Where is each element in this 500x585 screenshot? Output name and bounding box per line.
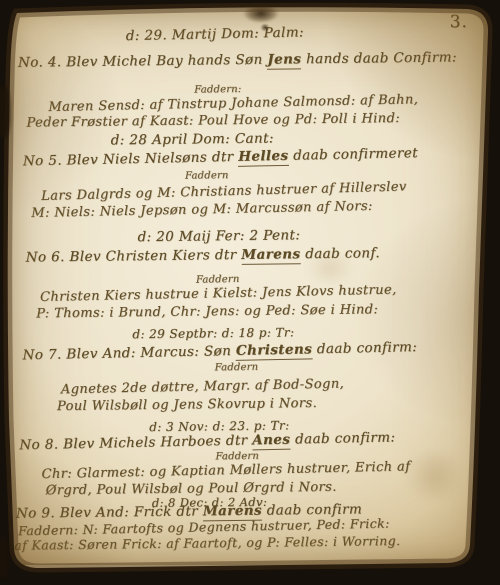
record-no5-entry: No 5. Blev Niels Nielsøns dtr Helles daa… xyxy=(23,145,418,169)
record-no8-witnesses-1: Chr: Glarmest: og Kaptian Møllers hustru… xyxy=(41,459,410,482)
record-no5-faddern-label: Faddern xyxy=(185,170,229,182)
child-name-underlined: Helles xyxy=(238,148,289,167)
record-no7-witnesses-1: Agnetes 2de døttre, Margr. af Bod-Sogn, xyxy=(61,376,345,397)
entry-text: daab conf. xyxy=(300,245,380,262)
manuscript-photo: 3. d: 29. Martij Dom: Palm: No. 4. Blev … xyxy=(0,0,500,585)
child-name-underlined: Jens xyxy=(267,51,301,69)
child-name-underlined: Marens xyxy=(241,246,300,265)
record-no8-entry: No 8. Blev Michels Harboes dtr Anes daab… xyxy=(19,429,395,453)
entry-text: No 6. Blev Christen Kiers dtr xyxy=(26,247,242,266)
page-number: 3. xyxy=(450,12,468,32)
record-no6-date: d: 20 Maij Fer: 2 Pent: xyxy=(137,227,300,245)
record-no6-witnesses-1: Christen Kiers hustrue i Kielst: Jens Kl… xyxy=(40,283,397,305)
record-no6-faddern-label: Faddern xyxy=(196,274,240,286)
entry-text: hands daab Confirm: xyxy=(301,49,457,67)
record-no4-date: d: 29. Martij Dom: Palm: xyxy=(126,24,304,44)
child-name-underlined: Christens xyxy=(236,341,313,361)
entry-text: daab confirmeret xyxy=(288,145,418,164)
record-no5-date: d: 28 April Dom: Cant: xyxy=(111,131,274,149)
record-no6-witnesses-2: P: Thoms: i Brund, Chr: Jens: og Ped: Sø… xyxy=(36,302,378,321)
record-no6-entry: No 6. Blev Christen Kiers dtr Marens daa… xyxy=(26,245,381,265)
record-no8-faddern-label: Faddern xyxy=(215,451,259,463)
entry-text: No 9. Blev And: Frick dtr xyxy=(16,503,203,521)
entry-text: daab confirm: xyxy=(312,339,417,357)
record-no4-faddern-label: Faddern: xyxy=(194,84,241,96)
entry-text: No. 4. Blev Michel Bay hands Søn xyxy=(18,52,268,71)
entry-text: No 8. Blev Michels Harboes dtr xyxy=(19,432,252,453)
record-no7-witnesses-2: Poul Wilsbøll og Jens Skovrup i Nors. xyxy=(57,396,317,414)
record-no7-date: d: 29 Septbr: d: 18 p: Tr: xyxy=(132,325,294,341)
handwriting-layer: 3. d: 29. Martij Dom: Palm: No. 4. Blev … xyxy=(0,0,500,585)
child-name-underlined: Anes xyxy=(252,432,290,451)
record-no7-entry: No 7. Blev And: Marcus: Søn Christens da… xyxy=(22,339,417,363)
record-no4-witnesses-2: Peder Frøstier af Kaast: Poul Hove og Pd… xyxy=(26,111,400,131)
entry-text: daab confirm: xyxy=(290,429,395,447)
record-no7-faddern-label: Faddern xyxy=(215,362,259,374)
entry-text: No 7. Blev And: Marcus: Søn xyxy=(22,343,236,363)
record-no4-entry: No. 4. Blev Michel Bay hands Søn Jens ha… xyxy=(18,49,457,70)
entry-text: No 5. Blev Niels Nielsøns dtr xyxy=(23,149,239,170)
